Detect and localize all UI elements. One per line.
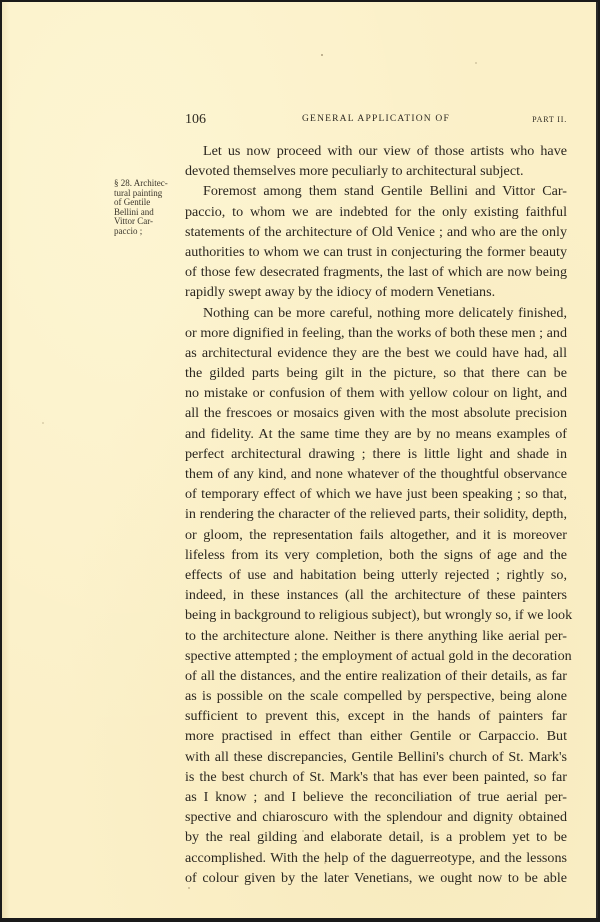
text-line: by the real gilding and elaborate detail… [185,827,567,847]
text-line: spective and chiaroscuro with the splend… [185,807,567,827]
text-line: being in background to religious subject… [185,605,567,625]
margin-note: § 28. Architec- tural painting of Gentil… [114,179,176,236]
paper-speck [321,54,323,56]
text-line: to the architecture alone. Neither is th… [185,626,567,646]
text-line: perfect architectural drawing ; there is… [185,444,567,464]
body-text: Let us now proceed with our view of thos… [185,141,567,888]
text-line: of colour given by the later Venetians, … [185,868,567,888]
text-line: and fidelity. At the same time they are … [185,424,567,444]
part-label: PART II. [532,115,567,124]
paragraph-2: Foremost among them stand Gentile Bellin… [185,181,567,302]
text-line: or more dignified in feeling, than the w… [185,323,567,343]
text-line: rapidly swept away by the idiocy of mode… [185,282,567,302]
text-line: in rendering the character of the reliev… [185,504,567,524]
text-line: them of any kind, and none whatever of t… [185,464,567,484]
text-line: or gloom, the representation fails altog… [185,525,567,545]
book-page: 106 GENERAL APPLICATION OF PART II. § 28… [2,2,598,918]
text-line: Let us now proceed with our view of thos… [185,141,567,161]
paragraph-3: Nothing can be more careful, nothing mor… [185,303,567,888]
text-line: lifeless from its very completion, both … [185,545,567,565]
text-line: more practised in effect than either Gen… [185,726,567,746]
text-line: Nothing can be more careful, nothing mor… [185,303,567,323]
text-line: is the best church of St. Mark's that ha… [185,767,567,787]
running-title: GENERAL APPLICATION OF [185,114,567,124]
margin-note-line: paccio ; [114,227,176,237]
text-line: as architectural evidence they are the b… [185,343,567,363]
paper-speck [42,422,44,424]
text-line: of all the distances, and the entire rea… [185,666,567,686]
text-line: paccio, to whom we are indebted for the … [185,202,567,222]
text-line: with all these discrepancies, Gentile Be… [185,747,567,767]
paragraph-1: Let us now proceed with our view of thos… [185,141,567,181]
text-line: of temporary effect of which we have jus… [185,484,567,504]
text-line: all the frescoes or mosaics given with t… [185,403,567,423]
text-line: devoted themselves more peculiarly to ar… [185,161,567,181]
text-line: sufficient to prevent this, except in th… [185,706,567,726]
text-line: no mistake or confusion of them with yel… [185,383,567,403]
running-head: 106 GENERAL APPLICATION OF PART II. [185,112,567,128]
text-line: of those few desecrated fragments, the l… [185,262,567,282]
text-line: effects of use and habitation being utte… [185,565,567,585]
text-line: statements of the architecture of Old Ve… [185,222,567,242]
paper-speck [475,62,477,64]
text-line: as is possible on the scale compelled by… [185,686,567,706]
text-line: spective attempted ; the employment of a… [185,646,567,666]
text-line: indeed, in these instances (all the arch… [185,585,567,605]
text-line: Foremost among them stand Gentile Bellin… [185,181,567,201]
text-line: the gilded parts being gilt in the pictu… [185,363,567,383]
text-line: authorities to whom we can trust in conj… [185,242,567,262]
text-line: as I know ; and I believe the reconcilia… [185,787,567,807]
text-line: accomplished. With the help of the dague… [185,848,567,868]
